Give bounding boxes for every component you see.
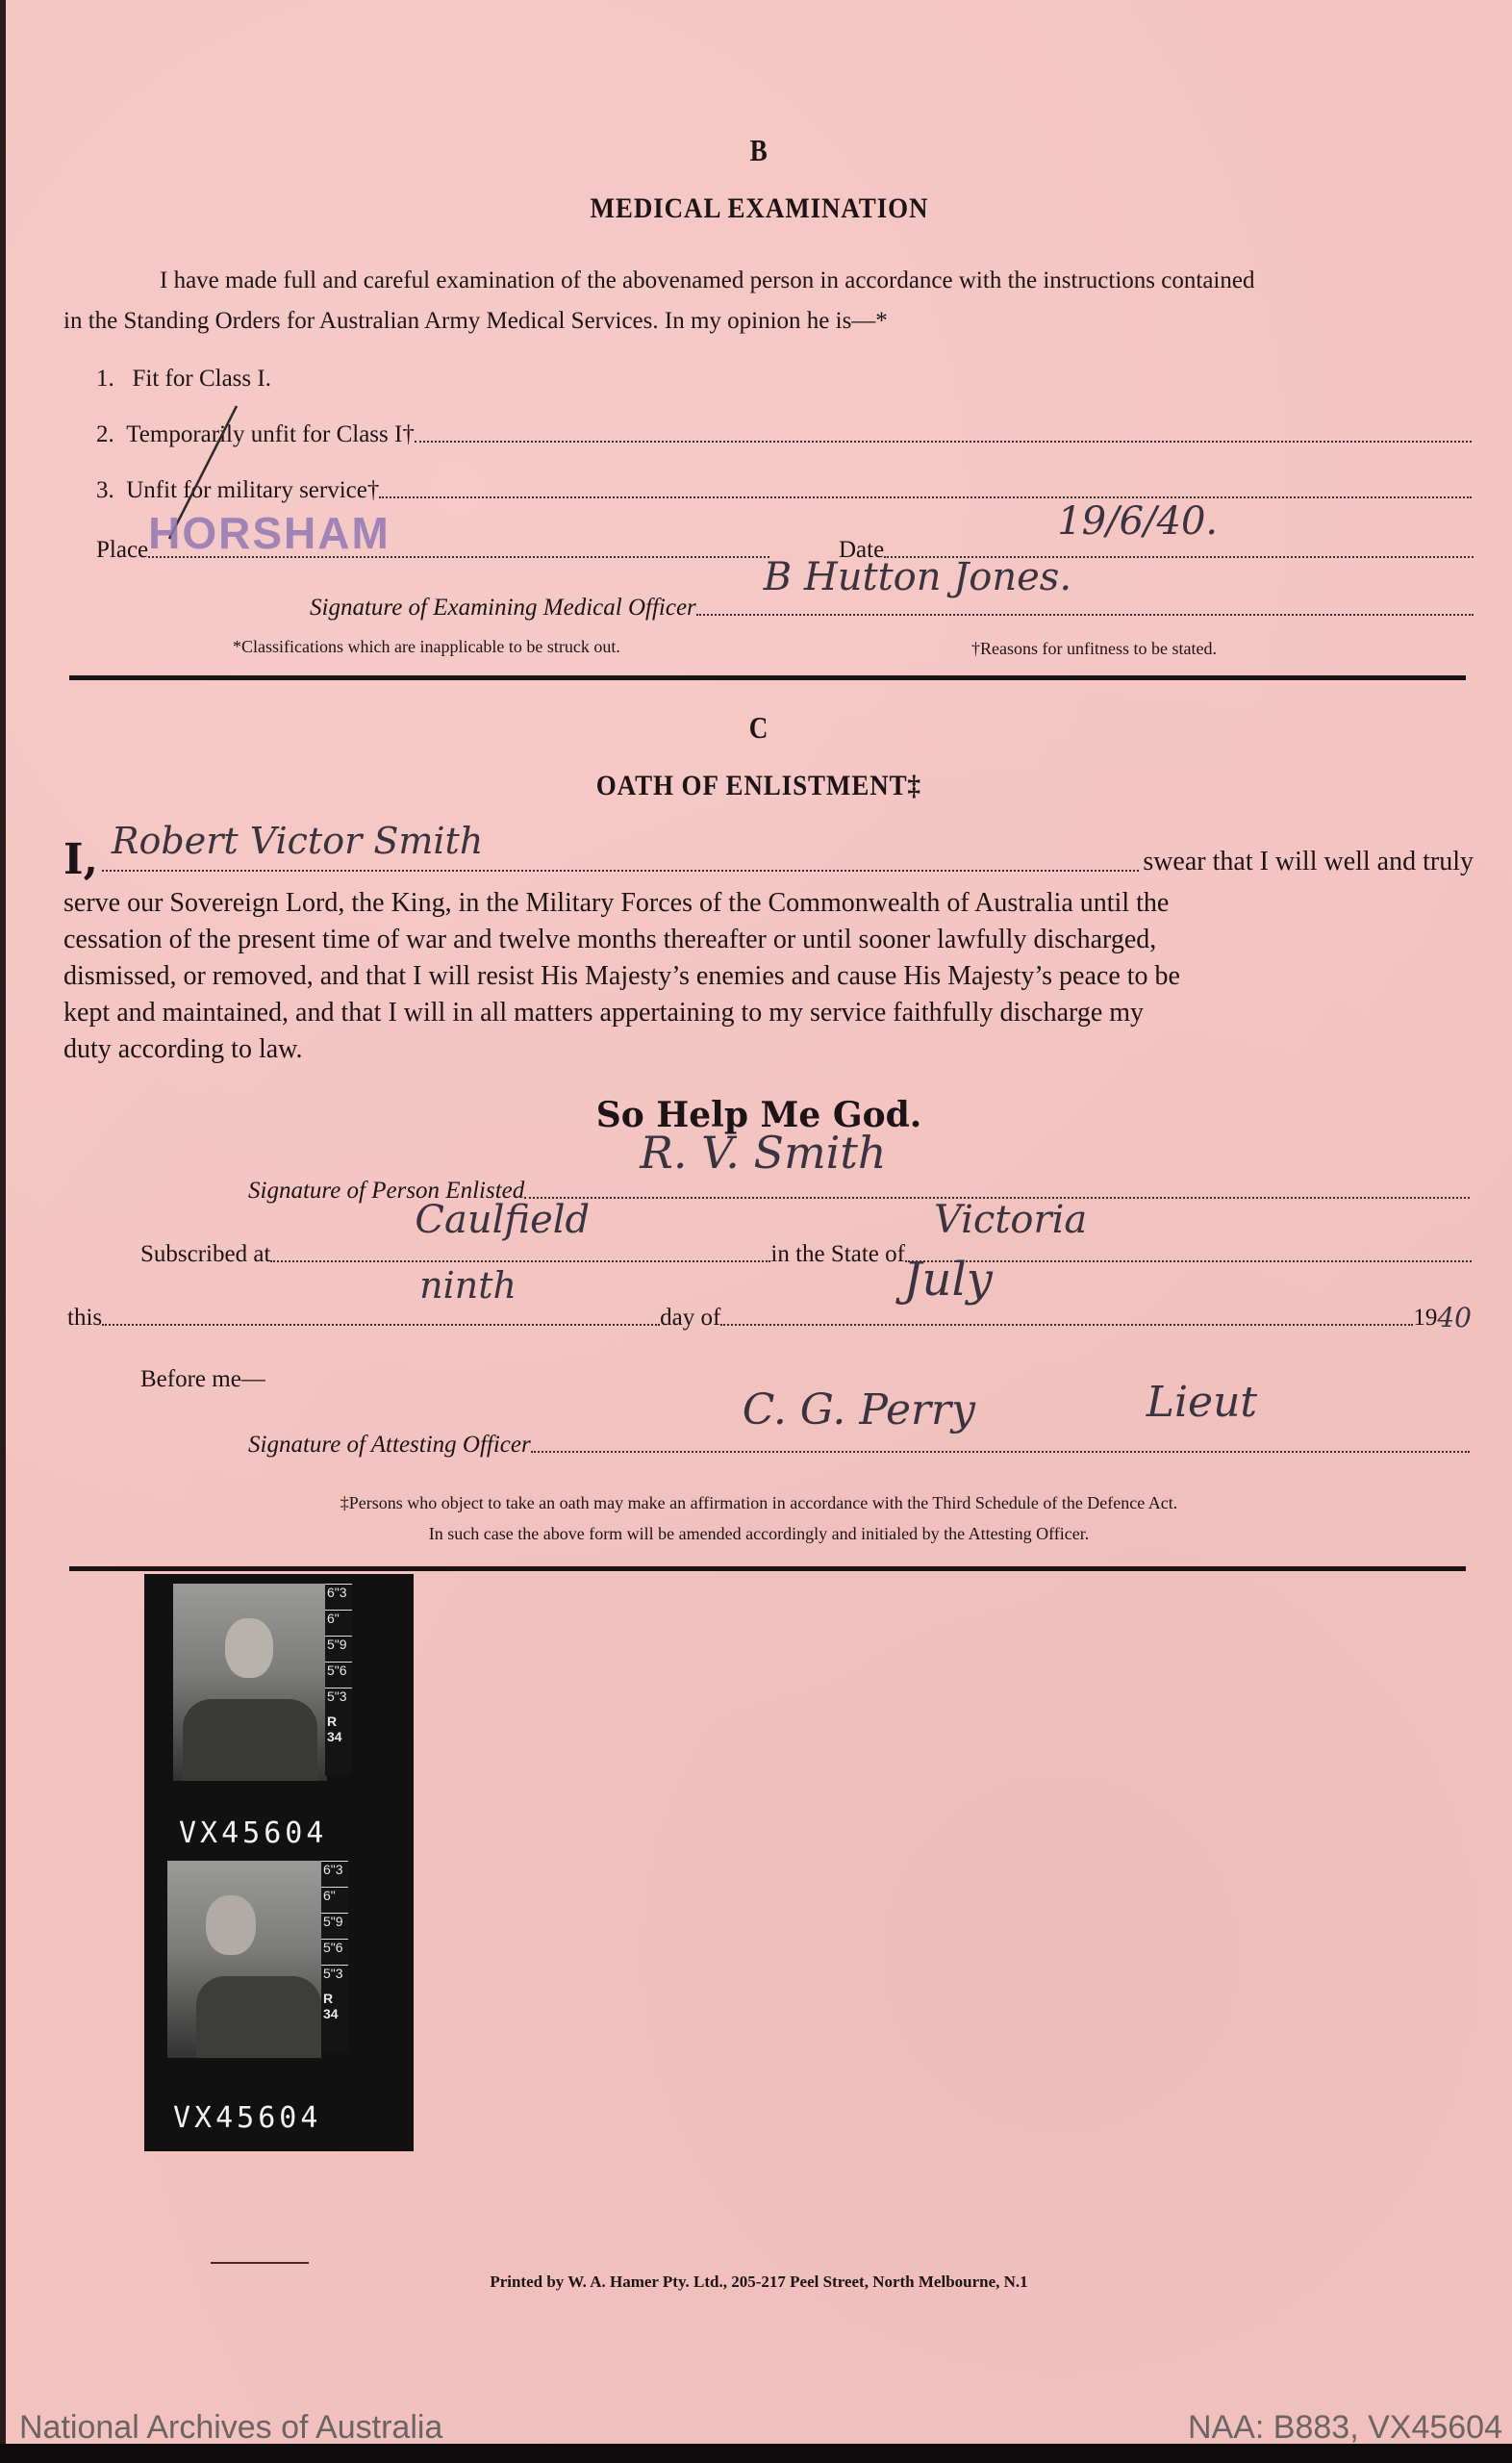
printer-rule — [211, 2262, 309, 2264]
section-letter: B — [750, 133, 769, 168]
oath-line: dismissed, or removed, and that I will r… — [63, 958, 1477, 995]
service-number: VX45604 — [173, 2101, 321, 2135]
place-stamp: HORSHAM — [148, 514, 391, 552]
section-title: MEDICAL EXAMINATION — [590, 192, 928, 225]
option-2: 2. Temporarily unfit for Class I† — [96, 416, 1472, 454]
oath-first-line: I, Robert Victor Smith swear that I will… — [63, 839, 1474, 881]
option-3: 3. Unfit for military service† — [96, 471, 1472, 510]
oath-footnote-2: In such case the above form will be amen… — [6, 1524, 1512, 1544]
signature-label: Signature of Examining Medical Officer — [310, 589, 696, 627]
intro-line-1: I have made full and careful examination… — [160, 262, 1477, 300]
section-b-letter: B — [6, 133, 1512, 168]
month-handwritten: July — [903, 1260, 993, 1299]
year-handwritten[interactable]: 40 — [1437, 1299, 1472, 1337]
reason-field[interactable] — [379, 471, 1472, 498]
option-number: 3. — [96, 471, 114, 510]
height-scale: 6"3 6" 5"9 5"6 5"3 R 34 — [321, 1861, 348, 2053]
subscribed-handwritten: Caulfield — [415, 1201, 590, 1239]
signature-handwritten: C. G. Perry — [743, 1391, 975, 1430]
oath-line: duty according to law. — [63, 1031, 1477, 1068]
document-page: B MEDICAL EXAMINATION I have made full a… — [6, 0, 1512, 2444]
before-me-label: Before me— — [140, 1360, 265, 1399]
section-divider — [69, 675, 1466, 680]
subscribed-label: Subscribed at — [140, 1235, 270, 1274]
section-c-title: OATH OF ENLISTMENT‡ — [6, 770, 1512, 802]
date-row: this ninth day of July 19 40 — [67, 1299, 1472, 1337]
archive-name: National Archives of Australia — [19, 2409, 442, 2447]
day-of-label: day of — [660, 1299, 720, 1337]
section-b-title: MEDICAL EXAMINATION — [6, 192, 1512, 225]
signature-input[interactable]: R. V. Smith — [524, 1172, 1470, 1199]
year-prefix: 19 — [1413, 1299, 1437, 1337]
signature-handwritten: B Hutton Jones. — [764, 558, 1071, 597]
date-input[interactable]: 19/6/40. — [884, 531, 1474, 558]
section-title: OATH OF ENLISTMENT‡ — [596, 770, 921, 802]
front-portrait-photo — [173, 1584, 327, 1781]
photo-strip: 6"3 6" 5"9 5"6 5"3 R 34 VX45604 6"3 6" 5… — [144, 1574, 414, 2151]
state-label: in the State of — [770, 1235, 905, 1274]
footnote-classifications: *Classifications which are inapplicable … — [233, 637, 620, 657]
archive-reference: NAA: B883, VX45604 — [1188, 2409, 1502, 2447]
place-field: Place HORSHAM — [96, 531, 769, 570]
option-1: 1. Fit for Class I. — [96, 360, 271, 398]
oath-line: kept and maintained, and that I will in … — [63, 995, 1477, 1031]
oath-name-input[interactable]: Robert Victor Smith — [102, 851, 1139, 872]
signature-label: Signature of Attesting Officer — [248, 1426, 531, 1464]
signature-input[interactable]: C. G. Perry Lieut — [531, 1426, 1470, 1453]
oath-text: swear that I will well and truly — [1143, 843, 1474, 881]
printer-line: Printed by W. A. Hamer Pty. Ltd., 205-21… — [6, 2273, 1512, 2292]
signature-input[interactable]: B Hutton Jones. — [696, 589, 1474, 616]
profile-portrait-photo — [167, 1861, 321, 2058]
day-input[interactable]: ninth — [102, 1299, 660, 1326]
state-handwritten: Victoria — [934, 1201, 1087, 1239]
subscribed-row: Subscribed at Caulfield in the State of … — [140, 1235, 1472, 1274]
subscribed-input[interactable]: Caulfield — [270, 1235, 770, 1262]
place-label: Place — [96, 531, 148, 570]
date-handwritten: 19/6/40. — [1057, 502, 1218, 541]
scan-border — [0, 2444, 1512, 2463]
rank-handwritten: Lieut — [1147, 1384, 1257, 1422]
intro-line-2: in the Standing Orders for Australian Ar… — [63, 302, 1410, 341]
oath-footnote-1: ‡Persons who object to take an oath may … — [6, 1493, 1512, 1513]
section-letter: C — [749, 710, 769, 746]
attesting-officer-signature: Signature of Attesting Officer C. G. Per… — [248, 1426, 1470, 1464]
footnote-reasons: †Reasons for unfitness to be stated. — [971, 639, 1217, 659]
place-input[interactable]: HORSHAM — [148, 531, 769, 558]
reason-field[interactable] — [415, 416, 1472, 443]
oath-line: serve our Sovereign Lord, the King, in t… — [63, 885, 1477, 922]
option-number: 2. — [96, 416, 114, 454]
medical-officer-signature: Signature of Examining Medical Officer B… — [310, 589, 1474, 627]
oath-prefix: I, — [63, 839, 98, 881]
day-handwritten: ninth — [419, 1266, 517, 1305]
height-scale: 6"3 6" 5"9 5"6 5"3 R 34 — [325, 1584, 352, 1776]
section-divider — [69, 1566, 1466, 1571]
oath-body: serve our Sovereign Lord, the King, in t… — [63, 885, 1477, 1068]
oath-name-handwritten: Robert Victor Smith — [112, 822, 483, 860]
oath-line: cessation of the present time of war and… — [63, 922, 1477, 958]
option-number: 1. — [96, 366, 114, 392]
section-c-letter: C — [6, 710, 1512, 746]
month-input[interactable]: July — [720, 1299, 1413, 1326]
option-label: Fit for Class I. — [133, 366, 271, 392]
signature-handwritten: R. V. Smith — [640, 1133, 886, 1172]
this-label: this — [67, 1299, 102, 1337]
service-number: VX45604 — [179, 1816, 327, 1850]
